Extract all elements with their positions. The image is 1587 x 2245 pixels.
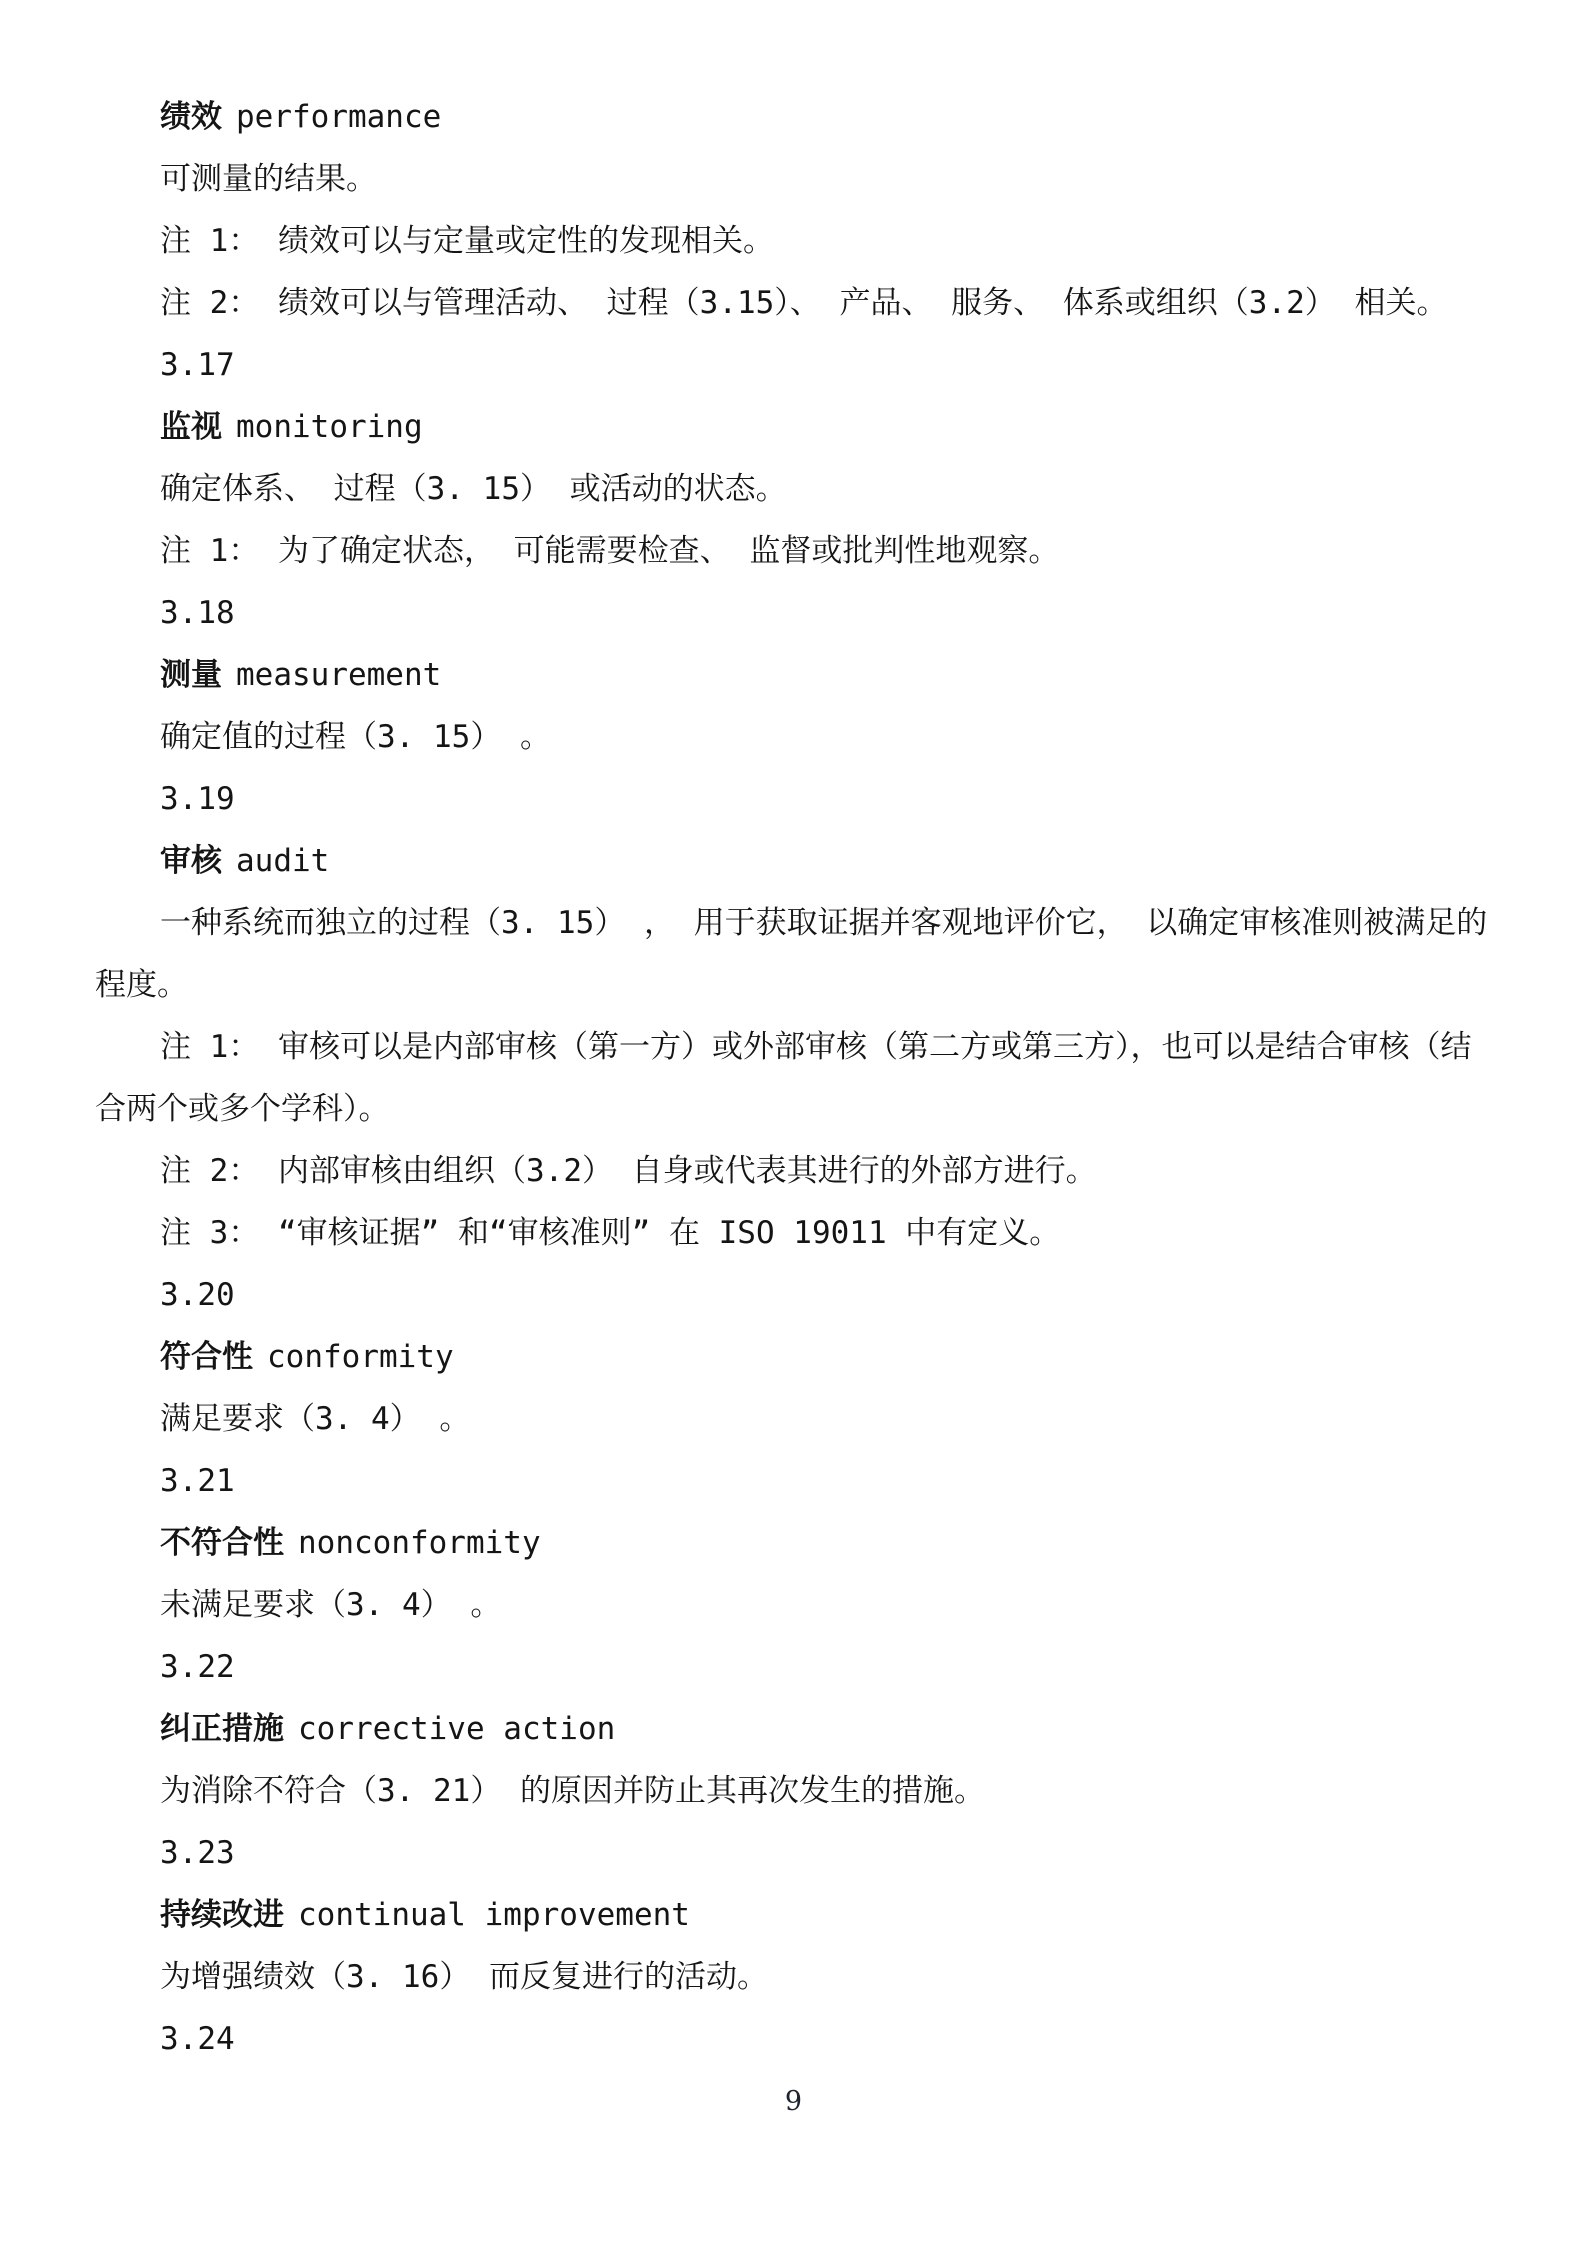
clause-number: 3.17 bbox=[95, 334, 1492, 396]
clause-number: 3.24 bbox=[95, 2008, 1492, 2070]
text-line: 注 1： 审核可以是内部审核（第一方）或外部审核（第二方或第三方），也可以是结合… bbox=[95, 1016, 1492, 1078]
clause-number: 3.23 bbox=[95, 1822, 1492, 1884]
term-line: 符合性conformity bbox=[95, 1326, 1492, 1388]
clause-number: 3.18 bbox=[95, 582, 1492, 644]
text-line: 程度。 bbox=[95, 954, 1492, 1016]
term-en: audit bbox=[236, 843, 329, 879]
term-line: 审核audit bbox=[95, 830, 1492, 892]
text-line: 确定值的过程（3. 15） 。 bbox=[95, 706, 1492, 768]
text-line: 注 1： 为了确定状态， 可能需要检查、 监督或批判性地观察。 bbox=[95, 520, 1492, 582]
text-line: 注 2： 内部审核由组织（3.2） 自身或代表其进行的外部方进行。 bbox=[95, 1140, 1492, 1202]
term-en: performance bbox=[236, 99, 441, 135]
term-line: 监视monitoring bbox=[95, 396, 1492, 458]
term-zh: 测量 bbox=[160, 657, 222, 693]
term-line: 测量measurement bbox=[95, 644, 1492, 706]
text-line: 合两个或多个学科）。 bbox=[95, 1078, 1492, 1140]
clause-number: 3.21 bbox=[95, 1450, 1492, 1512]
text-line: 注 1： 绩效可以与定量或定性的发现相关。 bbox=[95, 210, 1492, 272]
term-zh: 监视 bbox=[160, 409, 222, 445]
page-number: 9 bbox=[0, 2072, 1587, 2132]
term-zh: 审核 bbox=[160, 843, 222, 879]
text-line: 一种系统而独立的过程（3. 15） ， 用于获取证据并客观地评价它， 以确定审核… bbox=[95, 892, 1492, 954]
term-en: nonconformity bbox=[298, 1525, 541, 1561]
text-line: 为消除不符合（3. 21） 的原因并防止其再次发生的措施。 bbox=[95, 1760, 1492, 1822]
text-line: 未满足要求（3. 4） 。 bbox=[95, 1574, 1492, 1636]
clause-number: 3.22 bbox=[95, 1636, 1492, 1698]
term-zh: 符合性 bbox=[160, 1339, 253, 1375]
text-line: 注 2： 绩效可以与管理活动、 过程（3.15）、 产品、 服务、 体系或组织（… bbox=[95, 272, 1492, 334]
text-line: 注 3： “审核证据” 和“审核准则” 在 ISO 19011 中有定义。 bbox=[95, 1202, 1492, 1264]
terms-definitions-content: 绩效performance可测量的结果。注 1： 绩效可以与定量或定性的发现相关… bbox=[0, 0, 1587, 2070]
term-line: 纠正措施corrective action bbox=[95, 1698, 1492, 1760]
clause-number: 3.20 bbox=[95, 1264, 1492, 1326]
term-en: corrective action bbox=[298, 1711, 615, 1747]
term-line: 持续改进continual improvement bbox=[95, 1884, 1492, 1946]
text-line: 确定体系、 过程（3. 15） 或活动的状态。 bbox=[95, 458, 1492, 520]
term-line: 不符合性nonconformity bbox=[95, 1512, 1492, 1574]
document-page: 绩效performance可测量的结果。注 1： 绩效可以与定量或定性的发现相关… bbox=[0, 0, 1587, 2245]
term-en: measurement bbox=[236, 657, 441, 693]
clause-number: 3.19 bbox=[95, 768, 1492, 830]
term-zh: 不符合性 bbox=[160, 1525, 284, 1561]
term-en: conformity bbox=[267, 1339, 454, 1375]
text-line: 满足要求（3. 4） 。 bbox=[95, 1388, 1492, 1450]
term-zh: 绩效 bbox=[160, 99, 222, 135]
term-line: 绩效performance bbox=[95, 86, 1492, 148]
term-en: monitoring bbox=[236, 409, 423, 445]
text-line: 可测量的结果。 bbox=[95, 148, 1492, 210]
text-line: 为增强绩效（3. 16） 而反复进行的活动。 bbox=[95, 1946, 1492, 2008]
term-zh: 持续改进 bbox=[160, 1897, 284, 1933]
term-zh: 纠正措施 bbox=[160, 1711, 284, 1747]
term-en: continual improvement bbox=[298, 1897, 690, 1933]
